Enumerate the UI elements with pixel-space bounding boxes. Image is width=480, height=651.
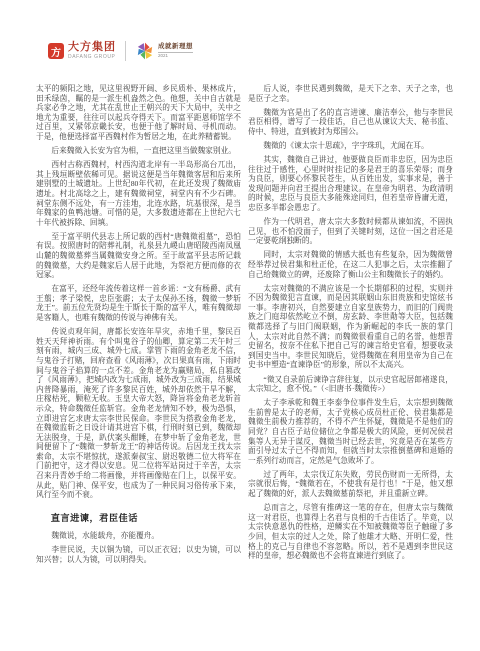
left-column: 太平的频阳之地，见这里视野开阔、乡民质朴、果林成片，田禾绿茵，瞩的是一派生机盎然…	[36, 84, 241, 569]
paragraph: 魏徵为官是出了名的直言进谏、廉洁奉公，他与李世民君臣相得，谱写了一段佳话，自己也…	[248, 108, 453, 137]
paragraph: 传说贞观年间，唐都长安连年旱灾，赤地千里，黎民百姓天天拜神祈雨。有个叫鬼谷子的仙…	[36, 327, 241, 500]
paragraph: 李世民说，夫以铜为镜，可以正衣冠；以史为镜，可以知兴替；以人为镜，可以明得失。	[36, 545, 241, 564]
dafang-brand-logo: 方 大方集团 DAFANG GROUP	[48, 42, 116, 60]
pinwheel-star-icon	[135, 41, 155, 61]
page-header: 方 大方集团 DAFANG GROUP 成就新理想 2021	[48, 36, 193, 66]
right-column: 后人说，李世民遇到魏徵，是天下之幸、天子之幸，也是臣子之幸。 魏徵为官是出了名的…	[248, 84, 453, 569]
article-body: 太平的频阳之地，见这里视野开阔、乡民质朴、果林成片，田禾绿茵，瞩的是一派生机盎然…	[36, 84, 453, 569]
paragraph: 魏徵的《谏太宗十思疏》，字字珠玑，尤闻在耳。	[248, 141, 453, 151]
paragraph: 同时，太宗对魏徵的情感大抵也有些复杂，因为魏徵曾经举荐过侯君集和杜正伦，在这二人…	[248, 250, 453, 279]
paragraph: 总而言之，尽管有推碑这一笔的存在，但唐太宗与魏徵这一对君臣，也算得上名君与良相的…	[248, 503, 453, 561]
section-heading: 直言进谏，君臣佳话	[36, 513, 241, 524]
event-logo: 成就新理想 2021	[135, 41, 193, 61]
paragraph: 魏徵说，水能载舟，亦能覆舟。	[36, 531, 241, 541]
paragraph: 过了两年，太宗伐辽东失败，劳民伤财而一无所得，太宗就很后悔，“魏徵若在，不使我有…	[248, 470, 453, 499]
paragraph: “徵又自录前后谏诤言辞往复，以示史官起居郎褚遂良，太宗知之，愈不悦。”（<旧唐书…	[248, 375, 453, 394]
paragraph: 太宗对魏徵的不满应该是一个长期郁积的过程，实则并不因为魏徵犯言直谏，而是因其联姻…	[248, 284, 453, 370]
event-text: 成就新理想 2021	[158, 44, 193, 59]
paragraph: 作为一代明君，唐太宗大多数时候都从谏如流，不固执己见，也不怕没面子，但到了关键时…	[248, 217, 453, 246]
brand-name: 大方集团	[68, 42, 116, 53]
paragraph: 其实，魏徵自己讲过，他要做良臣而非忠臣，因为忠臣往往过于感性，心里时时挂记的多是…	[248, 155, 453, 213]
paragraph: 至于富平明代县志上所记载的西村“唐魏徵祖墓”，恐怕有误。按照唐时的陪葬礼制，礼泉…	[36, 232, 241, 280]
dafang-logo-glyph: 方	[51, 44, 61, 59]
event-subtitle: 2021	[158, 52, 193, 59]
header-divider	[125, 41, 126, 61]
brand-subtitle: DAFANG GROUP	[68, 55, 116, 60]
paragraph: 后人说，李世民遇到魏徵，是天下之幸、天子之幸，也是臣子之幸。	[248, 84, 453, 103]
event-title: 成就新理想	[158, 44, 193, 51]
paragraph: 太子李承乾和魏王李泰争位事件发生后，太宗想到魏徵生前曾是太子的老师，太子党核心成…	[248, 398, 453, 465]
dafang-logo-icon: 方	[48, 43, 64, 59]
brand-text: 大方集团 DAFANG GROUP	[68, 42, 116, 60]
paragraph: 后来魏徵入长安为官为相，一直把这里当做魏家别业。	[36, 146, 241, 156]
paragraph: 在富平，还经年流传着这样一首乡谣：“文有杨爵、武有王翦；孝子梁悦，忠臣张霨；太子…	[36, 284, 241, 322]
paragraph: 西村古称西魏村，村西沟道北岸有一半岛形高台兀出，其上残垣断壁依稀可见。据说这便是…	[36, 160, 241, 227]
paragraph: 太平的频阳之地，见这里视野开阔、乡民质朴、果林成片，田禾绿茵，瞩的是一派生机盎然…	[36, 84, 241, 142]
